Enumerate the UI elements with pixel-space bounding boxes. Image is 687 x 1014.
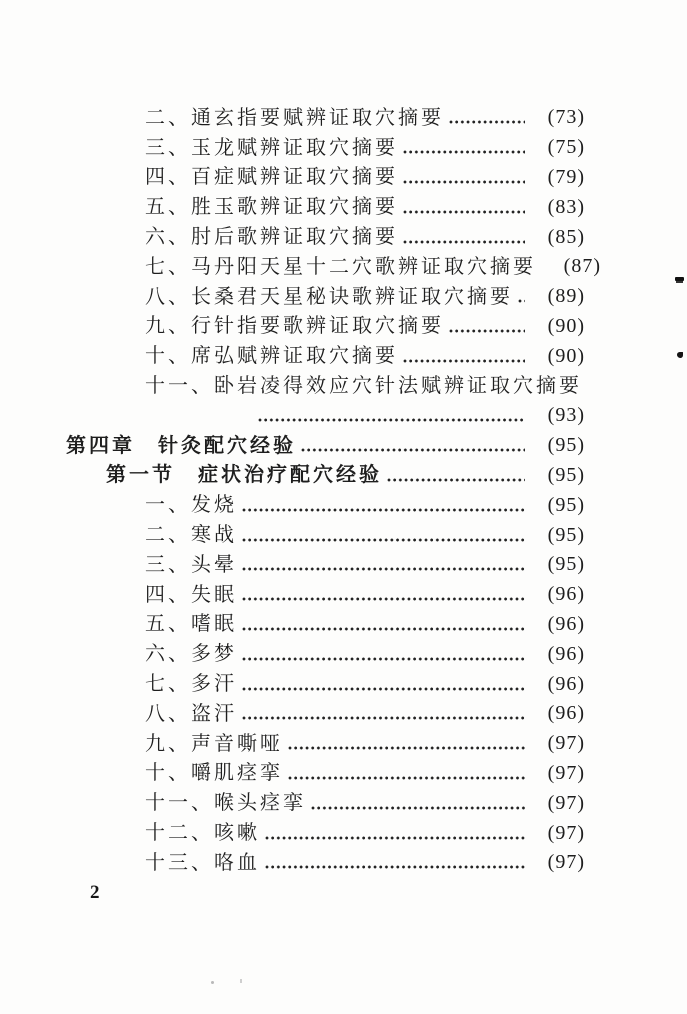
toc-entry-label: 第一节 症状治疗配穴经验 bbox=[106, 465, 382, 485]
toc-entry-label: 八、盗汗 bbox=[145, 704, 237, 724]
scan-speck-icon bbox=[240, 979, 242, 983]
toc-entry: 四、失眠 (96) bbox=[0, 580, 687, 610]
dot-leader-icon bbox=[403, 150, 525, 154]
toc-entry: 五、胜玉歌辨证取穴摘要 (83) bbox=[0, 192, 687, 222]
dot-leader-icon bbox=[403, 240, 525, 244]
toc-entry-page: (75) bbox=[537, 136, 585, 159]
toc-entry-page: (95) bbox=[537, 434, 585, 457]
toc-entry-page: (95) bbox=[537, 464, 585, 487]
toc-entry-page: (97) bbox=[537, 732, 585, 755]
ink-mark-icon bbox=[677, 352, 683, 358]
toc-entry-label: 四、百症赋辨证取穴摘要 bbox=[145, 167, 398, 187]
toc-entry-label: 七、马丹阳天星十二穴歌辨证取穴摘要 bbox=[145, 257, 536, 277]
toc-entry-page: (96) bbox=[537, 643, 585, 666]
toc-entry-label: 五、嗜眠 bbox=[145, 614, 237, 634]
toc-entry: 六、多梦 (96) bbox=[0, 639, 687, 669]
toc-entry-page: (79) bbox=[537, 166, 585, 189]
ink-mark-icon bbox=[675, 277, 684, 281]
toc-entry: 一、发烧 (95) bbox=[0, 490, 687, 520]
toc-entry-label: 二、通玄指要赋辨证取穴摘要 bbox=[145, 108, 444, 128]
dot-leader-icon bbox=[242, 567, 525, 571]
dot-leader-icon bbox=[288, 746, 525, 750]
toc-entry-page: (90) bbox=[537, 345, 585, 368]
toc-entry: 八、长桑君天星秘诀歌辨证取穴摘要 (89) bbox=[0, 282, 687, 312]
toc-entry: 十一、卧岩凌得效应穴针法赋辨证取穴摘要 bbox=[0, 371, 687, 401]
toc-entry-page: (96) bbox=[537, 613, 585, 636]
toc-entry-page: (83) bbox=[537, 196, 585, 219]
toc-entry: 二、通玄指要赋辨证取穴摘要 (73) bbox=[0, 103, 687, 133]
toc-entry-label: 一、发烧 bbox=[145, 495, 237, 515]
toc-entry-page: (96) bbox=[537, 583, 585, 606]
toc-entry: 四、百症赋辨证取穴摘要 (79) bbox=[0, 163, 687, 193]
dot-leader-icon bbox=[242, 687, 525, 691]
toc-entry: 十三、咯血 (97) bbox=[0, 848, 687, 878]
toc-entry: 七、马丹阳天星十二穴歌辨证取穴摘要 (87) bbox=[0, 252, 687, 282]
toc-entry-page: (97) bbox=[537, 822, 585, 845]
toc-entry: 五、嗜眠 (96) bbox=[0, 610, 687, 640]
toc-entry-label: 九、行针指要歌辨证取穴摘要 bbox=[145, 316, 444, 336]
toc-entry-page: (96) bbox=[537, 702, 585, 725]
page-number: 2 bbox=[90, 882, 100, 904]
scanned-book-page: 二、通玄指要赋辨证取穴摘要 (73) 三、玉龙赋辨证取穴摘要 (75) 四、百症… bbox=[0, 0, 687, 1014]
toc-entry-page: (85) bbox=[537, 226, 585, 249]
scan-speck-icon bbox=[211, 981, 214, 984]
toc-entry-page: (95) bbox=[537, 494, 585, 517]
dot-leader-icon bbox=[242, 597, 525, 601]
dot-leader-icon bbox=[403, 210, 525, 214]
dot-leader-icon bbox=[242, 627, 525, 631]
toc-entry-label: 四、失眠 bbox=[145, 585, 237, 605]
toc-entry: 十、席弘赋辨证取穴摘要 (90) bbox=[0, 341, 687, 371]
toc-entry-page: (95) bbox=[537, 524, 585, 547]
dot-leader-icon bbox=[449, 120, 525, 124]
toc-entry-label: 六、肘后歌辨证取穴摘要 bbox=[145, 227, 398, 247]
dot-leader-icon bbox=[403, 180, 525, 184]
toc-entry: 第四章 针灸配穴经验 (95) bbox=[0, 431, 687, 461]
toc-entry-label: 十、席弘赋辨证取穴摘要 bbox=[145, 346, 398, 366]
toc-entry-label: 十一、卧岩凌得效应穴针法赋辨证取穴摘要 bbox=[145, 376, 582, 396]
toc-entry-page: (73) bbox=[537, 106, 585, 129]
dot-leader-icon bbox=[258, 418, 525, 422]
toc-entry-label: 二、寒战 bbox=[145, 525, 237, 545]
dot-leader-icon bbox=[518, 299, 525, 303]
toc-entry: 三、头晕 (95) bbox=[0, 550, 687, 580]
dot-leader-icon bbox=[288, 776, 525, 780]
toc-entry-page: (97) bbox=[537, 762, 585, 785]
toc-entry: 六、肘后歌辨证取穴摘要 (85) bbox=[0, 222, 687, 252]
toc-entry-label: 十三、咯血 bbox=[145, 853, 260, 873]
dot-leader-icon bbox=[387, 478, 525, 482]
toc-entry-label: 八、长桑君天星秘诀歌辨证取穴摘要 bbox=[145, 287, 513, 307]
toc-entry: 三、玉龙赋辨证取穴摘要 (75) bbox=[0, 133, 687, 163]
toc-entry-label: 六、多梦 bbox=[145, 644, 237, 664]
dot-leader-icon bbox=[242, 716, 525, 720]
toc-entry: 十二、咳嗽 (97) bbox=[0, 818, 687, 848]
dot-leader-icon bbox=[265, 865, 525, 869]
toc-entry-label: 三、头晕 bbox=[145, 555, 237, 575]
toc-entry: 七、多汗 (96) bbox=[0, 669, 687, 699]
toc-entry: 二、寒战 (95) bbox=[0, 520, 687, 550]
toc-entry-page: (95) bbox=[537, 553, 585, 576]
toc-entry-label: 十、嚼肌痉挛 bbox=[145, 763, 283, 783]
toc-entry: (93) bbox=[0, 401, 687, 431]
toc-entry-page: (97) bbox=[537, 792, 585, 815]
toc-entry-label: 三、玉龙赋辨证取穴摘要 bbox=[145, 138, 398, 158]
toc-entry-page: (90) bbox=[537, 315, 585, 338]
toc-entry-page: (96) bbox=[537, 673, 585, 696]
toc-entry-label: 第四章 针灸配穴经验 bbox=[66, 436, 296, 456]
toc-entry-page: (87) bbox=[553, 255, 601, 278]
dot-leader-icon bbox=[242, 508, 525, 512]
toc-entry-label: 七、多汗 bbox=[145, 674, 237, 694]
toc-entry-page: (93) bbox=[537, 404, 585, 427]
toc-entry: 十一、喉头痉挛 (97) bbox=[0, 788, 687, 818]
toc-entry-label: 十二、咳嗽 bbox=[145, 823, 260, 843]
toc-entry-label: 五、胜玉歌辨证取穴摘要 bbox=[145, 197, 398, 217]
dot-leader-icon bbox=[403, 359, 525, 363]
toc-list: 二、通玄指要赋辨证取穴摘要 (73) 三、玉龙赋辨证取穴摘要 (75) 四、百症… bbox=[0, 0, 687, 878]
toc-entry: 八、盗汗 (96) bbox=[0, 699, 687, 729]
dot-leader-icon bbox=[311, 806, 525, 810]
dot-leader-icon bbox=[449, 329, 525, 333]
dot-leader-icon bbox=[301, 448, 525, 452]
toc-entry-page: (89) bbox=[537, 285, 585, 308]
toc-entry: 九、行针指要歌辨证取穴摘要 (90) bbox=[0, 312, 687, 342]
toc-entry: 十、嚼肌痉挛 (97) bbox=[0, 759, 687, 789]
dot-leader-icon bbox=[242, 657, 525, 661]
toc-entry-label: 十一、喉头痉挛 bbox=[145, 793, 306, 813]
toc-entry-page: (97) bbox=[537, 851, 585, 874]
toc-entry: 第一节 症状治疗配穴经验 (95) bbox=[0, 461, 687, 491]
toc-entry-label: 九、声音嘶哑 bbox=[145, 734, 283, 754]
dot-leader-icon bbox=[265, 836, 525, 840]
toc-entry: 九、声音嘶哑 (97) bbox=[0, 729, 687, 759]
dot-leader-icon bbox=[242, 538, 525, 542]
